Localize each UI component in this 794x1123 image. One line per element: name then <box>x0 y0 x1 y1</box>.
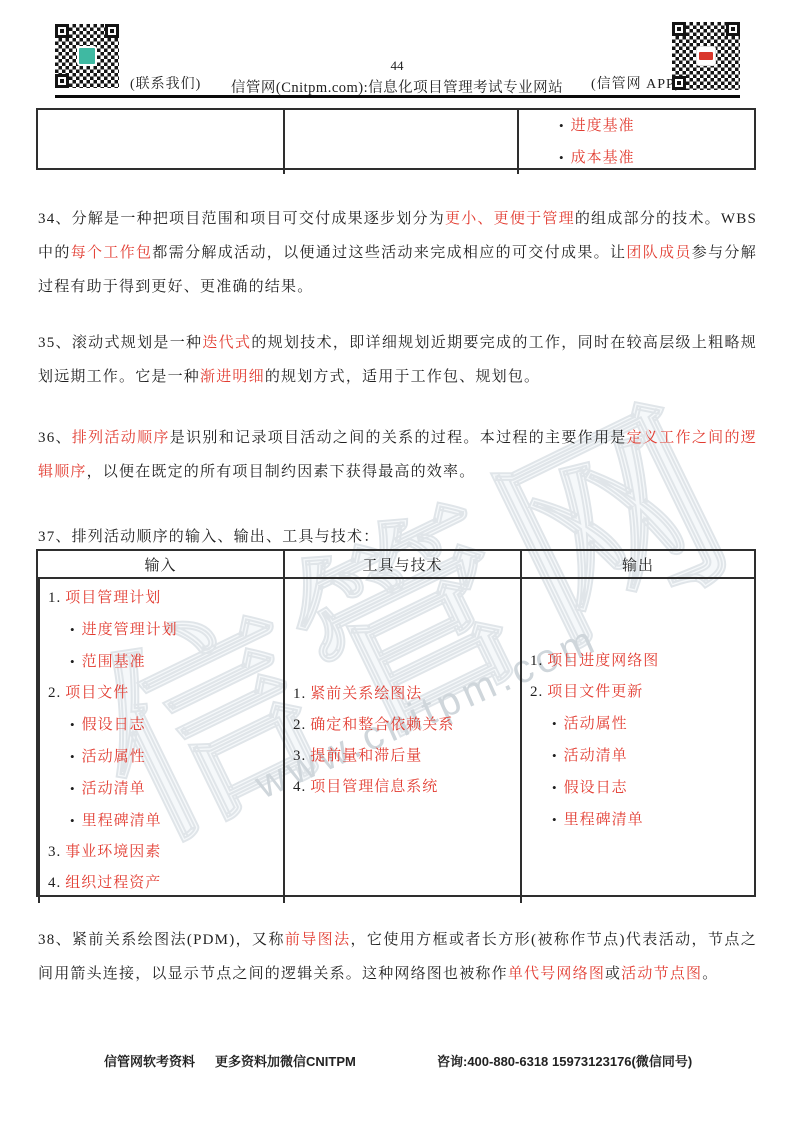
table-list-item: 1.项目进度网络图 <box>530 646 750 677</box>
bullet-marker: • <box>70 749 76 764</box>
item-text: 项目文件更新 <box>547 684 643 700</box>
number-marker: 1. <box>48 590 61 606</box>
plain-text: 38、紧前关系绘图法(PDM)，又称 <box>38 932 285 948</box>
item-text: 假设日志 <box>564 780 628 796</box>
table-list-item: 2.项目文件 <box>48 678 279 709</box>
carryover-cell-tools <box>283 110 517 174</box>
number-marker: 3. <box>293 748 306 764</box>
bullet-marker: • <box>70 781 76 796</box>
item-text: 项目管理信息系统 <box>310 779 438 795</box>
highlighted-text: 团队成员 <box>626 245 691 261</box>
highlighted-text: 排列活动顺序 <box>72 430 170 446</box>
header-rule <box>55 95 740 98</box>
number-marker: 4. <box>293 779 306 795</box>
plain-text: 都需分解成活动，以便通过这些活动来完成相应的可交付成果。让 <box>152 245 626 261</box>
item-text: 活动清单 <box>82 781 146 797</box>
plain-text: 35、滚动式规划是一种 <box>38 335 202 351</box>
number-marker: 2. <box>530 684 543 700</box>
bullet-marker: • <box>70 813 76 828</box>
document-page: 信管网 www.cnitpm.com (联系我们) 44 信管网(Cnitpm.… <box>0 0 794 1123</box>
itto-table: 输入 工具与技术 输出 1.项目管理计划•进度管理计划•范围基准2.项目文件•假… <box>36 549 756 897</box>
item-text: 活动清单 <box>564 748 628 764</box>
paragraph-35: 35、滚动式规划是一种迭代式的规划技术，即详细规划近期要完成的工作，同时在较高层… <box>38 326 757 394</box>
plain-text: ，以便在既定的所有项目制约因素下获得最高的效率。 <box>87 464 476 480</box>
highlighted-text: 活动节点图 <box>621 966 702 982</box>
item-text: 活动属性 <box>564 716 628 732</box>
bullet-marker: • <box>70 717 76 732</box>
table-list-item: •里程碑清单 <box>530 804 750 836</box>
item-text: 进度管理计划 <box>82 622 178 638</box>
number-marker: 4. <box>48 875 61 891</box>
item-text: 里程碑清单 <box>564 812 644 828</box>
plain-text: 的规划方式，适用于工作包、规划包。 <box>265 369 540 385</box>
bullet-marker: • <box>552 812 558 827</box>
item-text: 提前量和滞后量 <box>310 748 422 764</box>
table-list-item: •里程碑清单 <box>48 805 279 837</box>
column-header-output: 输出 <box>520 551 754 579</box>
app-label: (信管网 APP) <box>591 73 681 93</box>
item-text: 事业环境因素 <box>65 844 161 860</box>
item-text: 紧前关系绘图法 <box>310 686 422 702</box>
plain-text: 34、分解是一种把项目范围和项目可交付成果逐步划分为 <box>38 211 445 227</box>
plain-text: 或 <box>605 966 621 982</box>
column-header-tools: 工具与技术 <box>283 551 520 579</box>
qr-code-app <box>672 22 740 90</box>
table-list-item: 4.组织过程资产 <box>48 868 279 899</box>
bullet-marker: • <box>552 748 558 763</box>
plain-text: 。 <box>702 966 718 982</box>
item-text: 项目进度网络图 <box>547 653 659 669</box>
qr-finder-icon <box>105 24 119 38</box>
highlighted-text: 更小、更便于管理 <box>445 211 575 227</box>
carryover-cell-input <box>38 110 283 174</box>
item-text: 里程碑清单 <box>82 813 162 829</box>
paragraph-38: 38、紧前关系绘图法(PDM)，又称前导图法，它使用方框或者长方形(被称作节点)… <box>38 923 757 991</box>
table-list-item: •假设日志 <box>48 709 279 741</box>
input-list: 1.项目管理计划•进度管理计划•范围基准2.项目文件•假设日志•活动属性•活动清… <box>38 579 283 903</box>
carryover-table: •进度基准•成本基准 <box>36 108 756 170</box>
column-header-input: 输入 <box>38 551 283 579</box>
table-list-item: •活动清单 <box>48 773 279 805</box>
number-marker: 3. <box>48 844 61 860</box>
table-list-item: 1.紧前关系绘图法 <box>293 679 516 710</box>
plain-text: 是识别和记录项目活动之间的关系的过程。本过程的主要作用是 <box>170 430 627 446</box>
paragraph-36: 36、排列活动顺序是识别和记录项目活动之间的关系的过程。本过程的主要作用是定义工… <box>38 421 757 489</box>
qr-center-logo-icon <box>696 46 716 66</box>
table-list-item: •活动属性 <box>48 741 279 773</box>
table-list-item: •进度基准 <box>537 110 754 142</box>
bullet-marker: • <box>552 716 558 731</box>
item-text: 范围基准 <box>82 654 146 670</box>
qr-finder-icon <box>672 76 686 90</box>
table-list-item: •假设日志 <box>530 772 750 804</box>
qr-finder-icon <box>55 24 69 38</box>
bullet-marker: • <box>559 150 565 165</box>
number-marker: 1. <box>530 653 543 669</box>
number-marker: 1. <box>293 686 306 702</box>
highlighted-text: 渐进明细 <box>200 369 265 385</box>
highlighted-text: 迭代式 <box>202 335 251 351</box>
bullet-marker: • <box>552 780 558 795</box>
table-list-item: 3.提前量和滞后量 <box>293 741 516 772</box>
qr-finder-icon <box>672 22 686 36</box>
item-text: 组织过程资产 <box>65 875 161 891</box>
number-marker: 2. <box>293 717 306 733</box>
tools-list: 1.紧前关系绘图法2.确定和整合依赖关系3.提前量和滞后量4.项目管理信息系统 <box>283 579 520 903</box>
number-marker: 2. <box>48 685 61 701</box>
item-text: 项目文件 <box>65 685 129 701</box>
qr-finder-icon <box>726 22 740 36</box>
table-list-item: 2.项目文件更新 <box>530 677 750 708</box>
item-text: 确定和整合依赖关系 <box>310 717 454 733</box>
item-text: 假设日志 <box>82 717 146 733</box>
table-list-item: 2.确定和整合依赖关系 <box>293 710 516 741</box>
highlighted-text: 前导图法 <box>285 932 351 948</box>
carryover-cell-output: •进度基准•成本基准 <box>517 110 754 174</box>
paragraph-34: 34、分解是一种把项目范围和项目可交付成果逐步划分为更小、更便于管理的组成部分的… <box>38 202 757 304</box>
output-list: 1.项目进度网络图2.项目文件更新•活动属性•活动清单•假设日志•里程碑清单 <box>520 579 754 903</box>
item-text: 进度基准 <box>571 118 635 134</box>
bullet-marker: • <box>559 118 565 133</box>
table-list-item: 3.事业环境因素 <box>48 837 279 868</box>
highlighted-text: 每个工作包 <box>71 245 153 261</box>
table-list-item: •活动属性 <box>530 708 750 740</box>
table-list-item: 4.项目管理信息系统 <box>293 772 516 803</box>
item-text: 成本基准 <box>571 150 635 166</box>
bullet-marker: • <box>70 654 76 669</box>
bullet-marker: • <box>70 622 76 637</box>
table-list-item: •成本基准 <box>537 142 754 174</box>
table-list-item: •范围基准 <box>48 646 279 678</box>
item-text: 项目管理计划 <box>65 590 161 606</box>
highlighted-text: 单代号网络图 <box>508 966 605 982</box>
footer-wechat: 15973123176(微信同号) <box>552 1051 692 1070</box>
footer-more: 更多资料加微信CNITPM <box>215 1051 356 1070</box>
footer-phone: 咨询:400-880-6318 <box>437 1051 548 1070</box>
table-list-item: •活动清单 <box>530 740 750 772</box>
table-list-item: 1.项目管理计划 <box>48 583 279 614</box>
item-text: 活动属性 <box>82 749 146 765</box>
footer-brand: 信管网软考资料 <box>104 1051 195 1070</box>
plain-text: 36、 <box>38 430 72 446</box>
table-list-item: •进度管理计划 <box>48 614 279 646</box>
